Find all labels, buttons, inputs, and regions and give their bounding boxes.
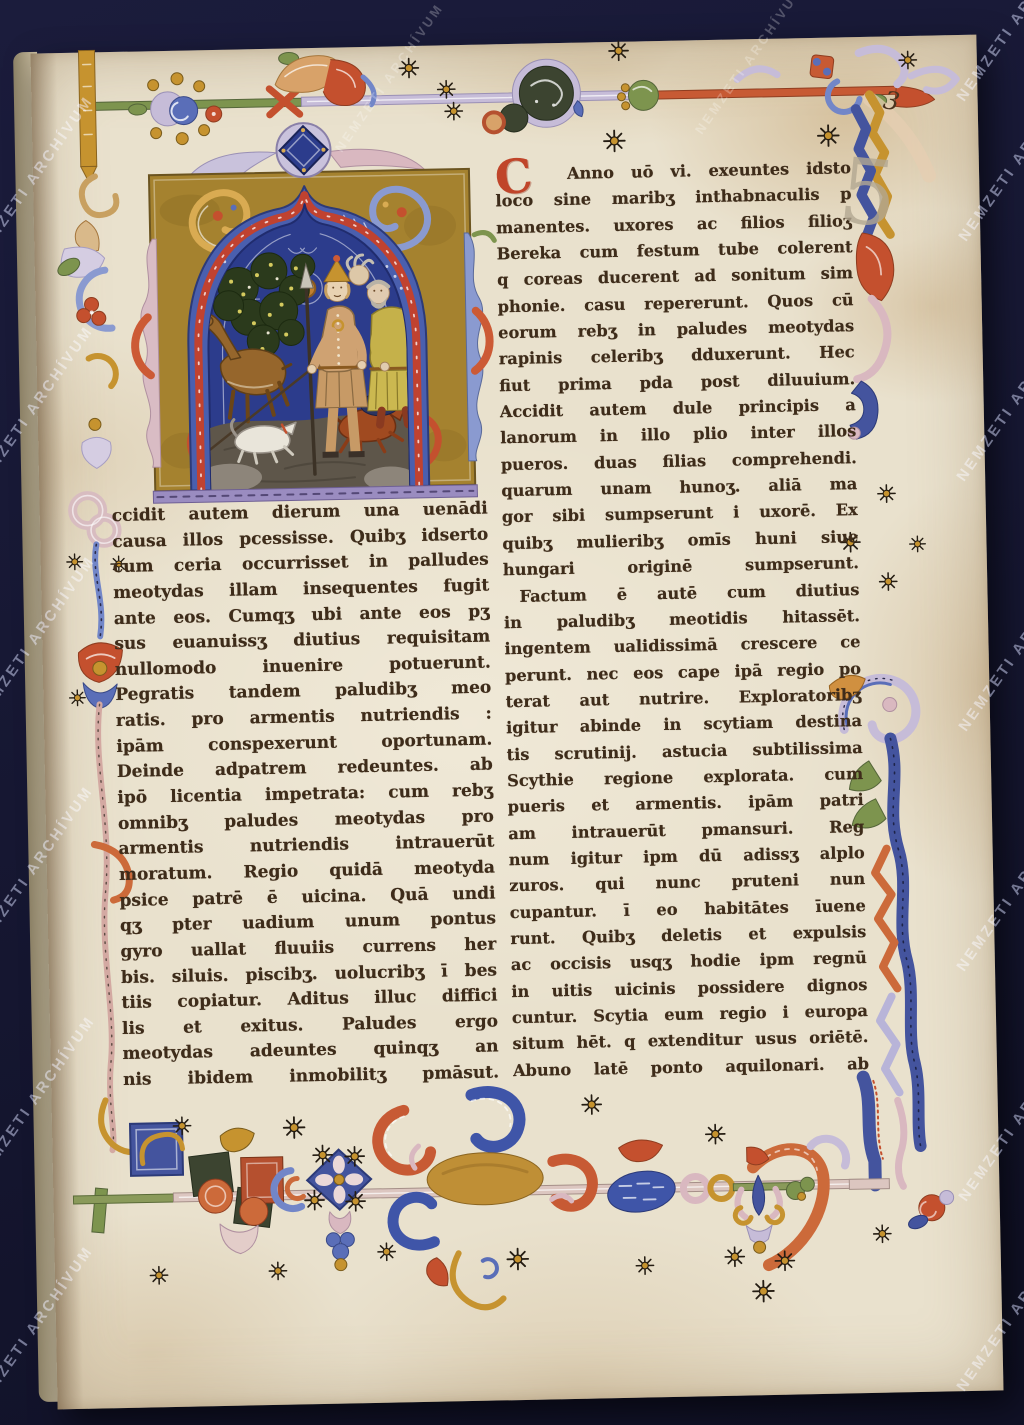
gold-star-ornament xyxy=(775,1251,794,1270)
gold-star-ornament xyxy=(899,51,917,69)
manuscript-page: C ccidit autem dierum una uenādicausa il… xyxy=(30,35,1003,1410)
text-column-left: ccidit autem dierum una uenādicausa illo… xyxy=(112,497,500,1094)
bottom-border-ornament xyxy=(71,1075,955,1315)
gold-star-ornament xyxy=(313,1145,332,1164)
gold-star-ornament xyxy=(378,1243,396,1261)
photograph-background: C ccidit autem dierum una uenādicausa il… xyxy=(0,0,1024,1425)
gold-star-ornament xyxy=(284,1117,305,1138)
gold-star-ornament xyxy=(345,1147,364,1166)
folio-number: 5 xyxy=(835,146,901,241)
gold-star-ornament xyxy=(69,690,85,706)
gold-star-ornament xyxy=(609,41,628,60)
gold-star-ornament xyxy=(582,1095,601,1114)
text-column-right: Anno uō vi. exeuntes idstoloco sine mari… xyxy=(495,155,869,1084)
gold-star-ornament xyxy=(305,1190,324,1209)
historiated-initial-miniature xyxy=(128,114,496,513)
gold-star-ornament xyxy=(346,1192,365,1211)
gold-star-ornament xyxy=(604,130,625,151)
gold-star-ornament xyxy=(67,554,83,570)
gold-star-ornament xyxy=(269,1262,287,1280)
gold-star-ornament xyxy=(507,1249,528,1270)
gold-star-ornament xyxy=(706,1124,725,1143)
gold-star-ornament xyxy=(636,1257,654,1275)
fleur-pendant xyxy=(735,1175,784,1254)
gold-star-ornament xyxy=(878,485,896,503)
gold-star-ornament xyxy=(818,125,839,146)
gold-star-ornament xyxy=(437,80,455,98)
top-scallop-leaf-right xyxy=(328,148,424,172)
gold-star-ornament xyxy=(753,1281,774,1302)
gold-star-ornament xyxy=(399,58,418,77)
gold-star-ornament xyxy=(910,536,926,552)
gold-star-ornament xyxy=(725,1247,744,1266)
gold-star-ornament xyxy=(874,1225,892,1243)
gold-star-ornament xyxy=(173,1117,191,1135)
bottom-cartouche xyxy=(377,1090,595,1309)
gold-star-ornament xyxy=(150,1266,168,1284)
gold-star-ornament xyxy=(879,573,897,591)
